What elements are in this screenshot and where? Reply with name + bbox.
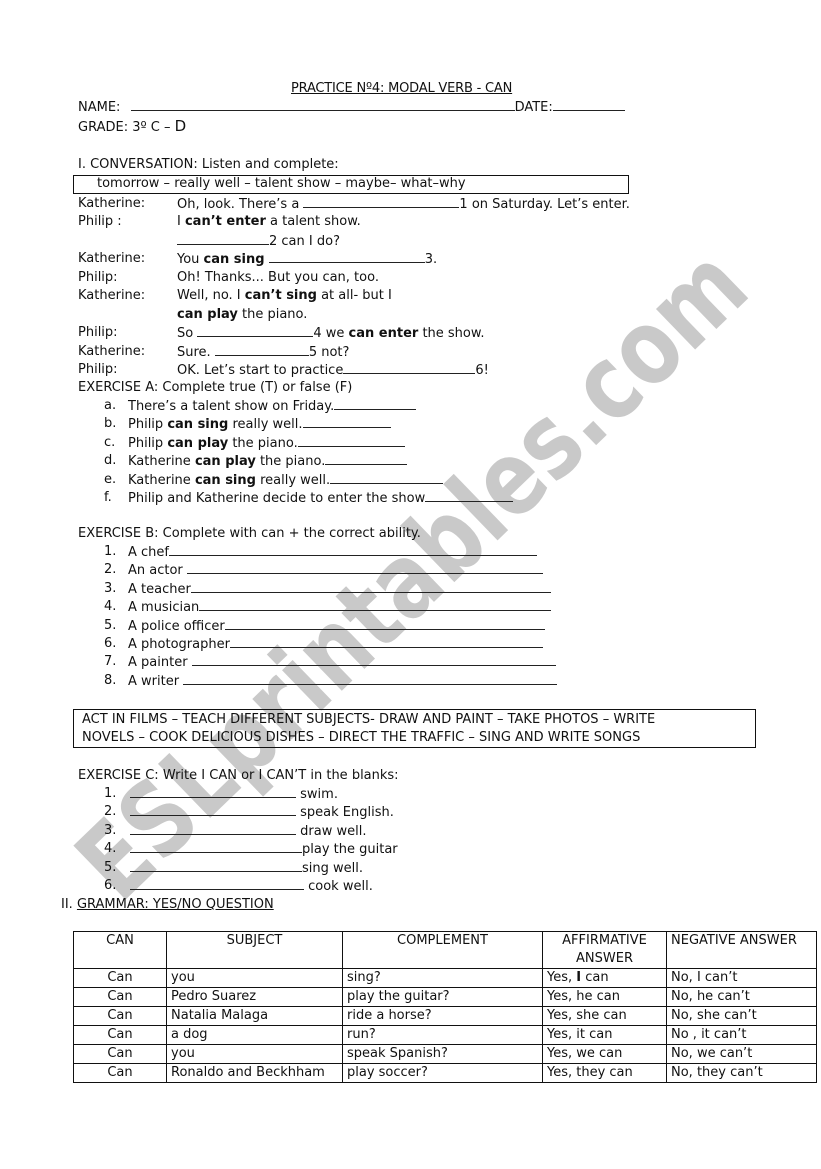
subject-cell: you [167,1045,343,1064]
col-header-affirmative: AFFIRMATIVE ANSWER [543,932,667,969]
statement-text: Philip [128,436,167,451]
exercise-b-heading: EXERCISE B: Complete with can + the corr… [78,525,421,543]
speaker-label: Philip : [78,213,122,231]
answer-blank[interactable] [130,840,302,853]
can-cell: Can [74,988,167,1007]
answer-blank[interactable] [130,877,304,890]
complement-cell: play soccer? [343,1064,543,1083]
answer-blank[interactable] [269,250,425,263]
table-row: CanNatalia Malagaride a horse?Yes, she c… [74,1007,817,1026]
word-bank-line-2: NOVELS – COOK DELICIOUS DISHES – DIRECT … [82,729,640,747]
dialogue-line: Well, no. I can’t sing at all- but I [177,287,392,305]
true-false-item: Philip and Katherine decide to enter the… [128,489,513,508]
activity-text: speak English. [296,805,394,820]
dialogue-line: You can sing 3. [177,250,437,269]
item-letter: c. [104,434,115,452]
profession-label: A chef [128,545,169,560]
subject-cell: a dog [167,1026,343,1045]
modal-phrase: can play [195,454,256,469]
dialogue-text: a talent show. [266,214,361,229]
can-cant-item: draw well. [130,822,366,841]
answer-blank[interactable] [199,598,551,611]
dialogue-text: the piano. [238,307,308,322]
profession-label: A writer [128,674,183,689]
dialogue-text: the show. [418,326,484,341]
affirmative-cell: Yes, she can [543,1007,667,1026]
statement-text: the piano. [256,454,326,469]
dialogue-text: we [322,326,349,341]
answer-blank[interactable] [130,785,296,798]
answer-blank[interactable] [343,361,475,374]
profession-label: A musician [128,600,199,615]
answer-blank[interactable] [183,672,557,685]
profession-label: A photographer [128,637,230,652]
modal-phrase: can’t enter [185,214,266,229]
complement-cell: sing? [343,969,543,988]
dialogue-line: I can’t enter a talent show. [177,213,361,231]
ability-item: A police officer [128,617,545,636]
answer-blank[interactable] [177,232,269,245]
modal-phrase: can’t sing [245,288,317,303]
negative-cell: No, I can’t [667,969,817,988]
item-number: 6. [104,877,116,895]
activity-text: swim. [296,787,338,802]
grade-label: GRADE: 3º C – [78,120,175,135]
name-date-line: NAME: DATE: [78,98,625,117]
abilities-word-bank: ACT IN FILMS – TEACH DIFFERENT SUBJECTS-… [73,709,756,748]
table-row: Cana dogrun?Yes, it canNo , it can’t [74,1026,817,1045]
dialogue-text: at all- but I [317,288,392,303]
statement-text: the piano. [228,436,298,451]
answer-blank[interactable] [425,489,513,502]
dialogue-line: OK. Let’s start to practice6! [177,361,489,380]
dialogue-text: Sure. [177,345,215,360]
item-number: 8. [104,672,116,690]
statement-text: really well. [256,473,330,488]
activity-text: play the guitar [302,842,398,857]
can-cell: Can [74,1026,167,1045]
grammar-heading-text: GRAMMAR: YES/NO QUESTION [77,897,274,912]
dialogue-text: I [177,214,185,229]
col-header-subject: SUBJECT [167,932,343,969]
modal-phrase: can play [177,307,238,322]
item-number: 4. [104,840,116,858]
exercise-c-heading: EXERCISE C: Write I CAN or I CAN’T in th… [78,767,399,785]
true-false-item: Katherine can sing really well. [128,471,443,490]
can-cell: Can [74,1007,167,1026]
item-number: 5. [104,617,116,635]
col-header-negative: NEGATIVE ANSWER [667,932,817,969]
dialogue-line: Sure. 5 not? [177,343,349,362]
dialogue-text: can I do? [277,234,340,249]
speaker-label: Katherine: [78,250,145,268]
statement-text: really well. [228,417,302,432]
can-cant-item: cook well. [130,877,373,896]
can-cant-item: swim. [130,785,338,804]
speaker-label: Philip: [78,361,118,379]
dialogue-text: OK. Let’s start to practice [177,363,343,378]
item-number: 3. [104,822,116,840]
answer-blank[interactable] [130,822,296,835]
profession-label: An actor [128,563,187,578]
item-letter: f. [104,489,112,507]
word-bank-text: tomorrow – really well – talent show – m… [97,175,466,193]
item-number: 6. [104,635,116,653]
activity-text: sing well. [302,861,363,876]
ability-item: A writer [128,672,557,691]
affirmative-cell: Yes, I can [543,969,667,988]
dialogue-text: ! [484,363,489,378]
item-letter: b. [104,415,116,433]
true-false-item: There’s a talent show on Friday. [128,397,416,416]
answer-blank[interactable] [303,415,391,428]
dialogue-line: Oh, look. There’s a 1 on Saturday. Let’s… [177,195,630,214]
answer-blank[interactable] [334,397,416,410]
conversation-heading: I. CONVERSATION: Listen and complete: [78,156,339,174]
modal-phrase: can sing [195,473,256,488]
item-number: 4. [104,598,116,616]
true-false-item: Philip can sing really well. [128,415,391,434]
answer-blank[interactable] [225,617,545,630]
true-false-item: Katherine can play the piano. [128,452,407,471]
speaker-label: Katherine: [78,343,145,361]
date-field[interactable] [553,98,625,111]
modal-phrase: can sing [204,252,265,267]
item-number: 1. [104,543,116,561]
ability-item: An actor [128,561,543,580]
statement-text: Philip and Katherine decide to enter the… [128,491,425,506]
ability-item: A chef [128,543,537,562]
affirmative-cell: Yes, it can [543,1026,667,1045]
complement-cell: play the guitar? [343,988,543,1007]
activity-text: draw well. [296,824,366,839]
can-cell: Can [74,1045,167,1064]
negative-cell: No, she can’t [667,1007,817,1026]
modal-phrase: can enter [349,326,419,341]
affirmative-cell: Yes, they can [543,1064,667,1083]
answer-blank[interactable] [192,653,556,666]
item-number: 3. [104,580,116,598]
can-cant-item: speak English. [130,803,394,822]
negative-cell: No, he can’t [667,988,817,1007]
blank-number: 1 [459,197,467,212]
can-cant-item: sing well. [130,859,363,878]
dialogue-text: Oh, look. There’s a [177,197,303,212]
ability-item: A painter [128,653,556,672]
subject-cell: Pedro Suarez [167,988,343,1007]
speaker-label: Philip: [78,269,118,287]
modal-phrase: can sing [167,417,228,432]
exercise-a-heading: EXERCISE A: Complete true (T) or false (… [78,379,352,397]
grammar-table: CAN SUBJECT COMPLEMENT AFFIRMATIVE ANSWE… [73,931,817,1083]
answer-blank[interactable] [303,195,459,208]
can-cant-item: play the guitar [130,840,398,859]
statement-text: Philip [128,417,167,432]
dialogue-text: . [433,252,437,267]
speaker-label: Philip: [78,324,118,342]
conversation-word-bank: tomorrow – really well – talent show – m… [73,175,629,194]
col-header-can: CAN [74,932,167,969]
item-letter: a. [104,397,116,415]
grade-letter: D [175,117,187,135]
can-cell: Can [74,969,167,988]
profession-label: A police officer [128,619,225,634]
ability-item: A musician [128,598,551,617]
complement-cell: speak Spanish? [343,1045,543,1064]
item-letter: d. [104,452,116,470]
blank-number: 4 [313,326,321,341]
blank-number: 3 [425,252,433,267]
negative-cell: No, they can’t [667,1064,817,1083]
answer-blank[interactable] [191,580,551,593]
complement-cell: run? [343,1026,543,1045]
worksheet-page: ESLprintables.com PRACTICE Nº4: MODAL VE… [0,0,821,1169]
subject-cell: Ronaldo and Beckhham [167,1064,343,1083]
answer-blank[interactable] [330,471,443,484]
table-row: CanRonaldo and Beckhhamplay soccer?Yes, … [74,1064,817,1083]
dialogue-text: Oh! Thanks... But you can, too. [177,270,379,285]
item-number: 7. [104,653,116,671]
item-number: 2. [104,561,116,579]
profession-label: A teacher [128,582,191,597]
answer-blank[interactable] [215,343,309,356]
complement-cell: ride a horse? [343,1007,543,1026]
name-label: NAME: [78,100,120,115]
speaker-label: Katherine: [78,195,145,213]
answer-blank[interactable] [130,803,296,816]
profession-label: A painter [128,655,192,670]
grammar-heading: II. GRAMMAR: YES/NO QUESTION [61,896,274,914]
affirmative-cell: Yes, he can [543,988,667,1007]
grammar-heading-prefix: II. [61,897,77,912]
item-number: 5. [104,859,116,877]
can-cell: Can [74,1064,167,1083]
speaker-label: Katherine: [78,287,145,305]
table-row: Canyouspeak Spanish?Yes, we canNo, we ca… [74,1045,817,1064]
dialogue-line: 2 can I do? [177,232,340,251]
grade-line: GRADE: 3º C – D [78,117,186,137]
item-number: 2. [104,803,116,821]
activity-text: cook well. [304,879,373,894]
dialogue-line: can play the piano. [177,306,307,324]
item-letter: e. [104,471,116,489]
ability-item: A photographer [128,635,543,654]
blank-number: 6 [475,363,483,378]
negative-cell: No , it can’t [667,1026,817,1045]
answer-blank[interactable] [169,543,537,556]
word-bank-line-1: ACT IN FILMS – TEACH DIFFERENT SUBJECTS-… [82,711,655,729]
item-number: 1. [104,785,116,803]
true-false-item: Philip can play the piano. [128,434,405,453]
answer-blank[interactable] [298,434,405,447]
answer-blank[interactable] [325,452,407,465]
answer-blank[interactable] [130,859,302,872]
table-header-row: CAN SUBJECT COMPLEMENT AFFIRMATIVE ANSWE… [74,932,817,969]
date-label: DATE: [515,100,553,115]
negative-cell: No, we can’t [667,1045,817,1064]
dialogue-line: So 4 we can enter the show. [177,324,484,343]
statement-text: Katherine [128,473,195,488]
answer-blank[interactable] [187,561,543,574]
answer-blank[interactable] [197,324,313,337]
dialogue-text: Well, no. I [177,288,245,303]
subject-cell: you [167,969,343,988]
table-row: Canyousing?Yes, I canNo, I can’t [74,969,817,988]
blank-number: 5 [309,345,317,360]
dialogue-text: So [177,326,197,341]
dialogue-text: You [177,252,204,267]
ability-item: A teacher [128,580,551,599]
dialogue-line: Oh! Thanks... But you can, too. [177,269,379,287]
name-field[interactable] [131,98,515,111]
modal-phrase: can play [167,436,228,451]
pronoun-emphasis: I [576,970,581,985]
worksheet-title: PRACTICE Nº4: MODAL VERB - CAN [291,80,512,98]
subject-cell: Natalia Malaga [167,1007,343,1026]
dialogue-text: not? [317,345,349,360]
answer-blank[interactable] [230,635,543,648]
statement-text: There’s a talent show on Friday. [128,399,334,414]
col-header-complement: COMPLEMENT [343,932,543,969]
statement-text: Katherine [128,454,195,469]
table-row: CanPedro Suarezplay the guitar?Yes, he c… [74,988,817,1007]
affirmative-cell: Yes, we can [543,1045,667,1064]
dialogue-text: on Saturday. Let’s enter. [468,197,630,212]
